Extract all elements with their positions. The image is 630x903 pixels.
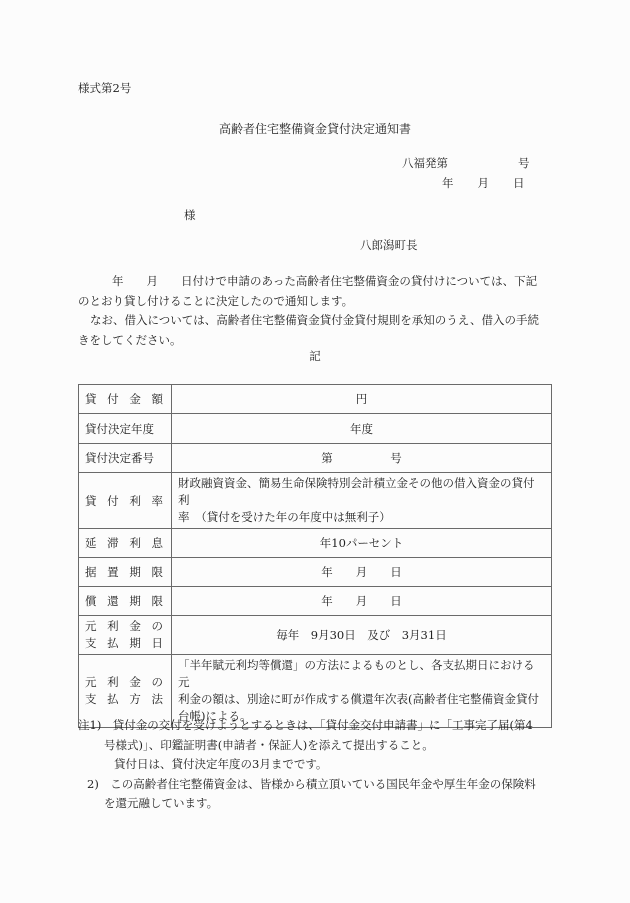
form-number: 様式第2号 [78, 80, 131, 96]
table-row: 貸付利率 財政融資資金、簡易生命保険特別会計積立金その他の借入資金の貸付利 率 … [79, 473, 552, 529]
document-date: 年月日 [442, 175, 525, 191]
para2-line1: なお、借入については、高齢者住宅整備資金貸付金貸付規則を承知のうえ、借入の手続 [78, 311, 553, 331]
row-label: 貸付決定番号 [79, 444, 172, 473]
loan-amount-value: 円 [172, 385, 552, 414]
interest-rate-value: 財政融資資金、簡易生命保険特別会計積立金その他の借入資金の貸付利 率 （貸付を受… [172, 473, 552, 529]
ki-heading: 記 [0, 348, 630, 364]
doc-number-prefix: 八福発第 [402, 156, 448, 170]
row-label: 延滞利息 [79, 529, 172, 558]
notes: 注1) 貸付金の交付を受けようとするときは、「貸付金交付申請書」に「工事完了届(… [78, 716, 558, 814]
loan-info-table: 貸付金額 円 貸付決定年度 年度 貸付決定番号 第 号 貸付利率 財政融資資金、… [78, 384, 552, 728]
repayment-deadline-value: 年 月 日 [172, 587, 552, 616]
table-row: 貸付金額 円 [79, 385, 552, 414]
table-row: 据置期限 年 月 日 [79, 558, 552, 587]
date-year: 年 [442, 176, 454, 190]
document-title: 高齢者住宅整備資金貸付決定通知書 [0, 120, 630, 137]
note1-line3: 貸付日は、貸付決定年度の3月までです。 [78, 755, 558, 775]
note1-line1: 注1) 貸付金の交付を受けようとするときは、「貸付金交付申請書」に「工事完了届(… [78, 716, 558, 736]
doc-number-suffix: 号 [518, 156, 530, 170]
sender: 八郎潟町長 [360, 237, 418, 253]
table-row: 元利金の 支払期日 毎年 9月30日 及び 3月31日 [79, 616, 552, 655]
note2-line1: 2) この高齢者住宅整備資金は、皆様から積立頂いている国民年金や厚生年金の保険料 [78, 775, 558, 795]
addressee: 様 [184, 207, 196, 223]
table-row: 償還期限 年 月 日 [79, 587, 552, 616]
note2-line2: を還元融しています。 [78, 794, 558, 814]
para1-line1: 年 月 日付けで申請のあった高齢者住宅整備資金の貸付けについては、下記 [78, 272, 553, 292]
row-label: 据置期限 [79, 558, 172, 587]
date-month: 月 [478, 176, 490, 190]
table-row: 貸付決定年度 年度 [79, 414, 552, 444]
row-label: 貸付決定年度 [79, 414, 172, 444]
document-number: 八福発第号 [402, 155, 530, 171]
row-label: 償還期限 [79, 587, 172, 616]
decision-number-value: 第 号 [172, 444, 552, 473]
row-label: 貸付利率 [79, 473, 172, 529]
late-interest-value: 年10パーセント [172, 529, 552, 558]
table-row: 延滞利息 年10パーセント [79, 529, 552, 558]
table-row: 貸付決定番号 第 号 [79, 444, 552, 473]
row-label: 貸付金額 [79, 385, 172, 414]
note1-line2: 号様式)」、印鑑証明書(申請者・保証人)を添えて提出すること。 [78, 736, 558, 756]
grace-period-value: 年 月 日 [172, 558, 552, 587]
row-label: 元利金の 支払期日 [79, 616, 172, 655]
payment-dates-value: 毎年 9月30日 及び 3月31日 [172, 616, 552, 655]
date-day: 日 [513, 176, 525, 190]
decision-year-value: 年度 [172, 414, 552, 444]
body-text: 年 月 日付けで申請のあった高齢者住宅整備資金の貸付けについては、下記 のとおり… [78, 272, 553, 350]
para1-line2: のとおり貸し付けることに決定したので通知します。 [78, 292, 553, 312]
